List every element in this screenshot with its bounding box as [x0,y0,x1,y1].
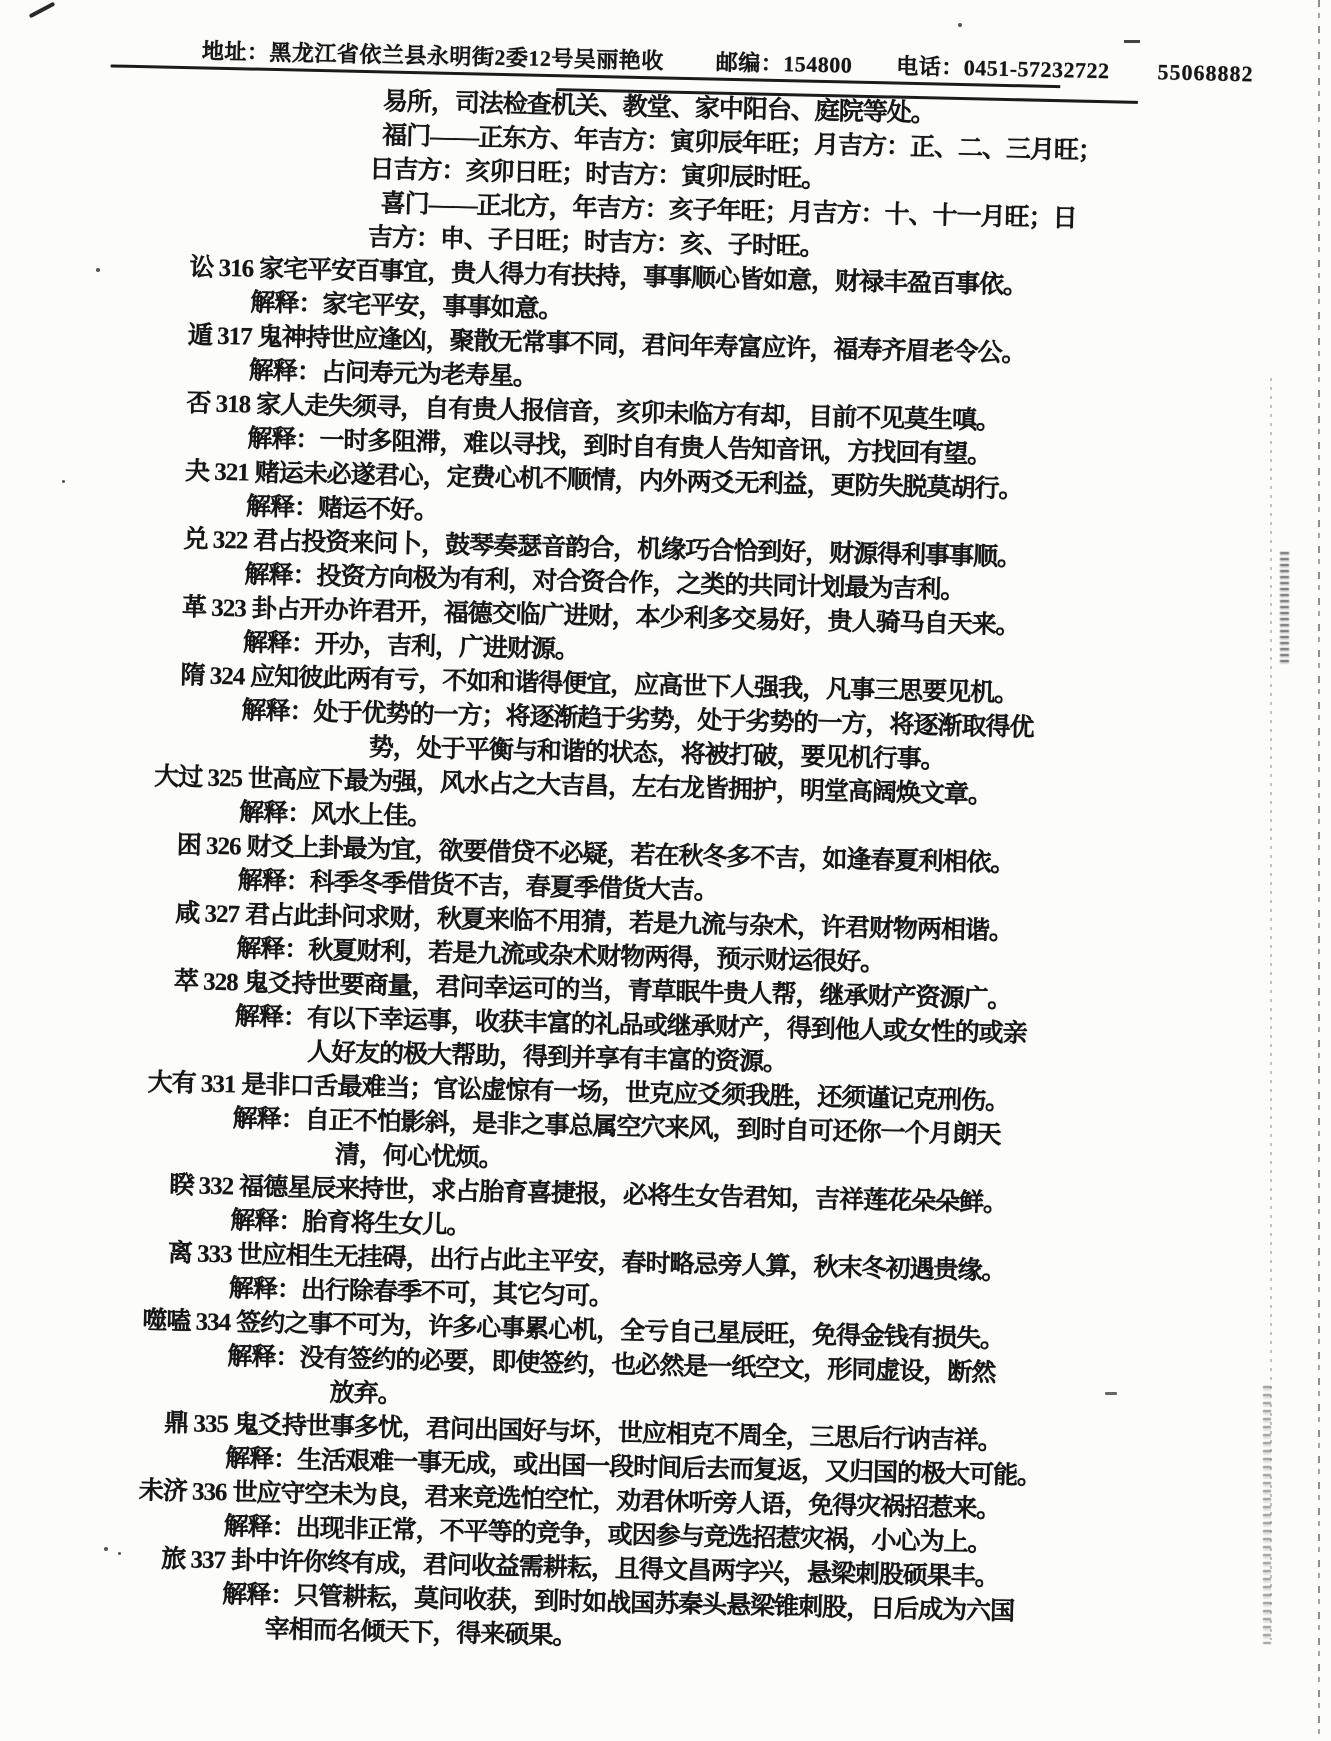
scan-edge-line [1318,0,1320,1741]
hexagram-label: 旅 337 [131,1542,232,1578]
header-postcode: 邮编：154800 [716,50,853,78]
header-phone: 电话：0451-57232722 [896,54,1110,84]
header-phone-2: 55068882 [1157,59,1254,86]
hexagram-label: 隋 324 [150,658,251,694]
hexagram-label: 离 333 [137,1236,238,1272]
hexagram-label: 遁 317 [157,319,258,355]
hexagram-label: 夬 321 [154,454,255,490]
hexagram-label: 革 323 [151,590,252,626]
hexagram-label: 否 318 [156,387,257,423]
hexagram-label: 睽 332 [139,1168,240,1204]
entries: 讼 316家宅平安百事宜，贵人得力有扶持，事事顺心皆如意，财禄丰盈百事依。解释：… [129,251,1299,1670]
scanned-document-page: 地址：黑龙江省依兰县永明街2委12号吴丽艳收邮编：154800电话：0451-5… [0,0,1331,1741]
hexagram-label: 噬嗑 334 [136,1304,237,1340]
hexagram-label: 困 326 [146,828,247,864]
hexagram-label: 未济 336 [132,1474,233,1510]
hexagram-label: 咸 327 [145,896,246,932]
hexagram-label: 兑 322 [153,522,254,558]
hexagram-label: 萃 328 [143,964,244,1000]
body-text: 易所，司法检查机关、教堂、家中阳台、庭院等处。福门——正东方、年吉方：寅卯辰年旺… [129,81,1303,1669]
hexagram-label: 鼎 335 [134,1406,235,1442]
hexagram-label: 大有 331 [141,1066,242,1102]
hexagram-label: 大过 325 [148,760,249,796]
intro-block: 易所，司法检查机关、教堂、家中阳台、庭院等处。福门——正东方、年吉方：寅卯辰年旺… [160,81,1303,276]
page-content: 地址：黑龙江省依兰县永明街2委12号吴丽艳收邮编：154800电话：0451-5… [0,0,1305,1669]
hexagram-label: 讼 316 [159,251,260,287]
